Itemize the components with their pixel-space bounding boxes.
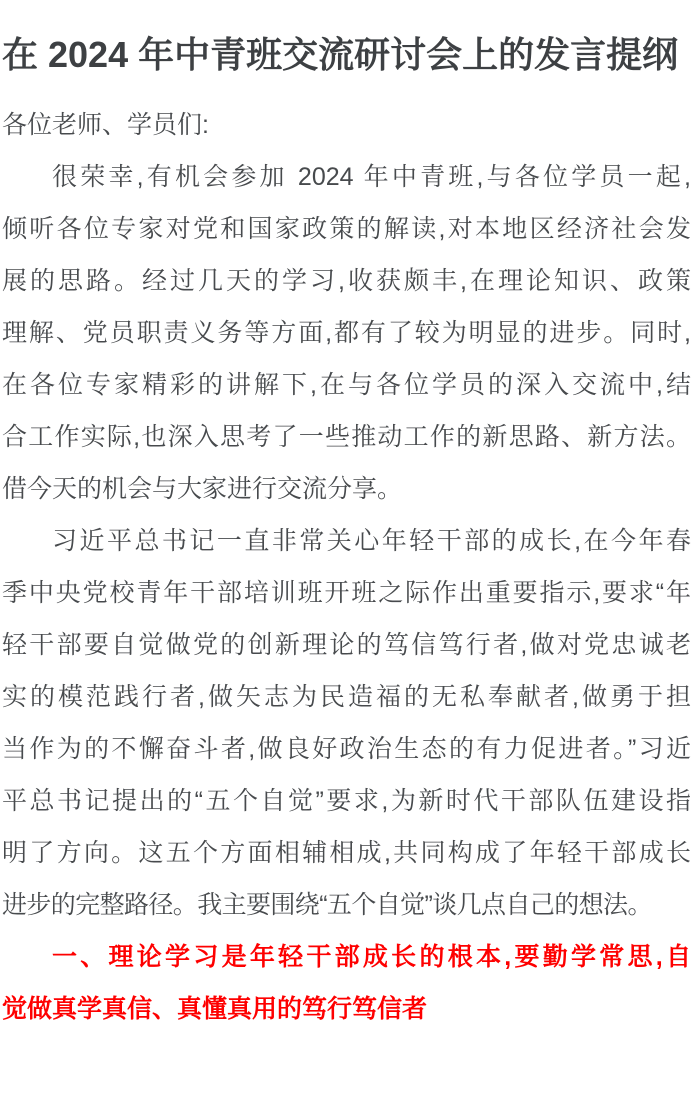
salutation-line: 各位老师、学员们: — [2, 99, 691, 151]
paragraph2-line: 习近平总书记一直非常关心年轻干部的成长,在今年春 — [2, 515, 691, 567]
paragraph1-line: 理解、党员职责义务等方面,都有了较为明显的进步。同时, — [2, 307, 691, 359]
section-heading-line: 一、理论学习是年轻干部成长的根本,要勤学常思,自 — [2, 931, 691, 983]
document-page: 在 2024 年中青班交流研讨会上的发言提纲 各位老师、学员们: 很荣幸,有机会… — [0, 0, 693, 1035]
paragraph1-line: 合工作实际,也深入思考了一些推动工作的新思路、新方法。 — [2, 411, 691, 463]
paragraph2-line: 季中央党校青年干部培训班开班之际作出重要指示,要求“年 — [2, 567, 691, 619]
paragraph1-line: 很荣幸,有机会参加 2024 年中青班,与各位学员一起, — [2, 151, 691, 203]
paragraph1-line: 借今天的机会与大家进行交流分享。 — [2, 463, 691, 515]
paragraph2-line: 进步的完整路径。我主要围绕“五个自觉”谈几点自己的想法。 — [2, 879, 691, 931]
paragraph2-line: 当作为的不懈奋斗者,做良好政治生态的有力促进者。”习近 — [2, 723, 691, 775]
paragraph1-line: 在各位专家精彩的讲解下,在与各位学员的深入交流中,结 — [2, 359, 691, 411]
paragraph2-line: 轻干部要自觉做党的创新理论的笃信笃行者,做对党忠诚老 — [2, 619, 691, 671]
paragraph1-line: 倾听各位专家对党和国家政策的解读,对本地区经济社会发 — [2, 203, 691, 255]
document-title: 在 2024 年中青班交流研讨会上的发言提纲 — [2, 30, 691, 80]
paragraph1-line: 展的思路。经过几天的学习,收获颇丰,在理论知识、政策 — [2, 255, 691, 307]
paragraph2-line: 平总书记提出的“五个自觉”要求,为新时代干部队伍建设指 — [2, 775, 691, 827]
paragraph2-line: 实的模范践行者,做矢志为民造福的无私奉献者,做勇于担 — [2, 671, 691, 723]
paragraph2-line: 明了方向。这五个方面相辅相成,共同构成了年轻干部成长 — [2, 827, 691, 879]
section-heading-line: 觉做真学真信、真懂真用的笃行笃信者 — [2, 983, 691, 1035]
